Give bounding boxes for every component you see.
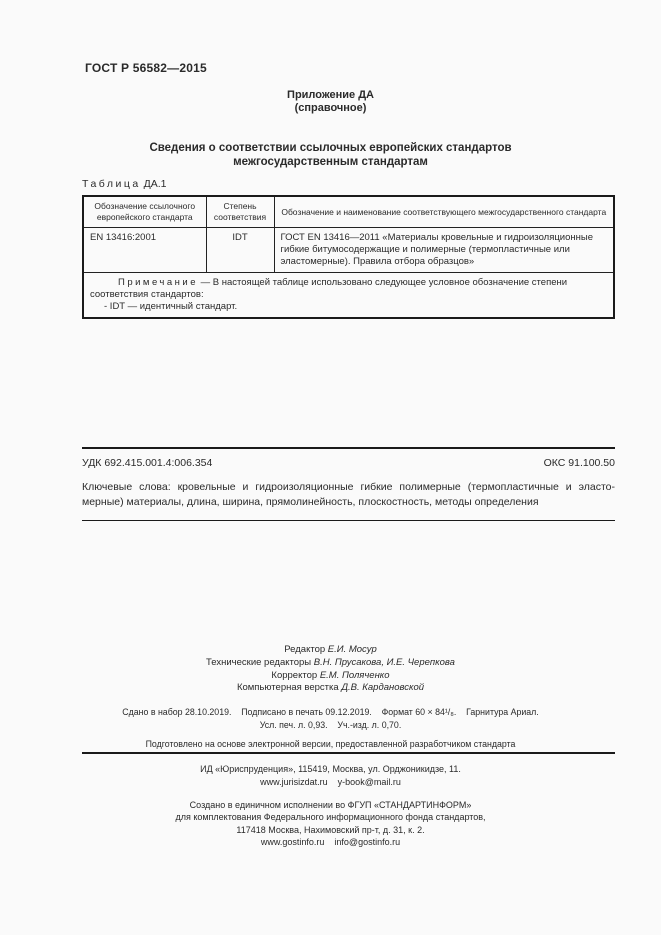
doc-code: ГОСТ Р 56582—2015 (85, 61, 207, 75)
publisher-contacts: www.jurisizdat.ru y-book@mail.ru (0, 776, 661, 789)
standartinform-line4: www.gostinfo.ru info@gostinfo.ru (0, 836, 661, 848)
table-note-label: Примечание (118, 277, 198, 288)
credit-layout: Компьютерная верстка Д.В. Кардановской (0, 682, 661, 695)
prepared-note: Подготовлено на основе электронной верси… (0, 739, 661, 749)
cell-gost-standard: ГОСТ EN 13416—2011 «Материалы кровельные… (274, 228, 614, 273)
publisher-block: ИД «Юриспруденция», 115419, Москва, ул. … (0, 763, 661, 789)
keywords-paragraph: Ключевые слова: кровельные и гидроизоляц… (82, 480, 615, 509)
imprint-line2: Усл. печ. л. 0,93. Уч.-изд. л. 0,70. (0, 720, 661, 730)
credit-name: Е.И. Мосур (328, 644, 377, 655)
credit-corrector: Корректор Е.М. Поляченко (0, 670, 661, 683)
section-title-line2: межгосударственным стандартам (0, 155, 661, 169)
credit-name: В.Н. Прусакова, И.Е. Черепкова (314, 657, 455, 668)
appendix-title: Приложение ДА (0, 89, 661, 102)
divider-thick (82, 447, 615, 449)
appendix-subtitle: (справочное) (0, 102, 661, 115)
table-note-text: Примечание — В настоящей таблице использ… (90, 277, 607, 301)
credit-technical-editors: Технические редакторы В.Н. Прусакова, И.… (0, 657, 661, 670)
table-caption: Таблица ДА.1 (82, 178, 166, 190)
table-note-item: - IDT — идентичный стандарт. (90, 301, 607, 313)
divider-thin (82, 520, 615, 521)
credit-role: Редактор (284, 644, 328, 655)
table-note-cell: Примечание — В настоящей таблице использ… (83, 273, 614, 319)
udk-code: УДК 692.415.001.4:006.354 (82, 457, 212, 469)
credit-name: Е.М. Поляченко (320, 670, 390, 681)
credit-editor: Редактор Е.И. Мосур (0, 644, 661, 657)
credit-role: Компьютерная верстка (237, 682, 341, 693)
appendix-heading: Приложение ДА (справочное) (0, 89, 661, 115)
credit-role: Корректор (271, 670, 319, 681)
standartinform-line3: 117418 Москва, Нахимовский пр-т, д. 31, … (0, 824, 661, 836)
section-title: Сведения о соответствии ссылочных европе… (0, 141, 661, 169)
standartinform-block: Создано в единичном исполнении во ФГУП «… (0, 799, 661, 848)
table-caption-number: ДА.1 (144, 178, 167, 190)
table-header-gost-standard: Обозначение и наименование соответствующ… (274, 196, 614, 228)
table-note-row: Примечание — В настоящей таблице использ… (83, 273, 614, 319)
oks-code: ОКС 91.100.50 (544, 457, 615, 469)
cell-degree: IDT (206, 228, 274, 273)
credit-role: Технические редакторы (206, 657, 314, 668)
divider-mid (82, 752, 615, 754)
publisher-address: ИД «Юриспруденция», 115419, Москва, ул. … (0, 763, 661, 776)
standartinform-line2: для комплектования Федерального информац… (0, 811, 661, 823)
document-page: ГОСТ Р 56582—2015 Приложение ДА (справоч… (0, 0, 661, 935)
credit-name: Д.В. Кардановской (341, 682, 424, 693)
standartinform-line1: Создано в единичном исполнении во ФГУП «… (0, 799, 661, 811)
table-row: EN 13416:2001 IDT ГОСТ EN 13416—2011 «Ма… (83, 228, 614, 273)
table-header-row: Обозначение ссылочного европейского стан… (83, 196, 614, 228)
table-caption-word: Таблица (82, 178, 141, 190)
table-header-degree: Степень соответствия (206, 196, 274, 228)
cell-ref-standard: EN 13416:2001 (83, 228, 206, 273)
table-header-ref-standard: Обозначение ссылочного европейского стан… (83, 196, 206, 228)
imprint-line1: Сдано в набор 28.10.2019. Подписано в пе… (0, 707, 661, 717)
section-title-line1: Сведения о соответствии ссылочных европе… (0, 141, 661, 155)
credits-block: Редактор Е.И. Мосур Технические редактор… (0, 644, 661, 695)
classification-row: УДК 692.415.001.4:006.354 ОКС 91.100.50 (82, 457, 615, 469)
correspondence-table: Обозначение ссылочного европейского стан… (82, 195, 615, 319)
